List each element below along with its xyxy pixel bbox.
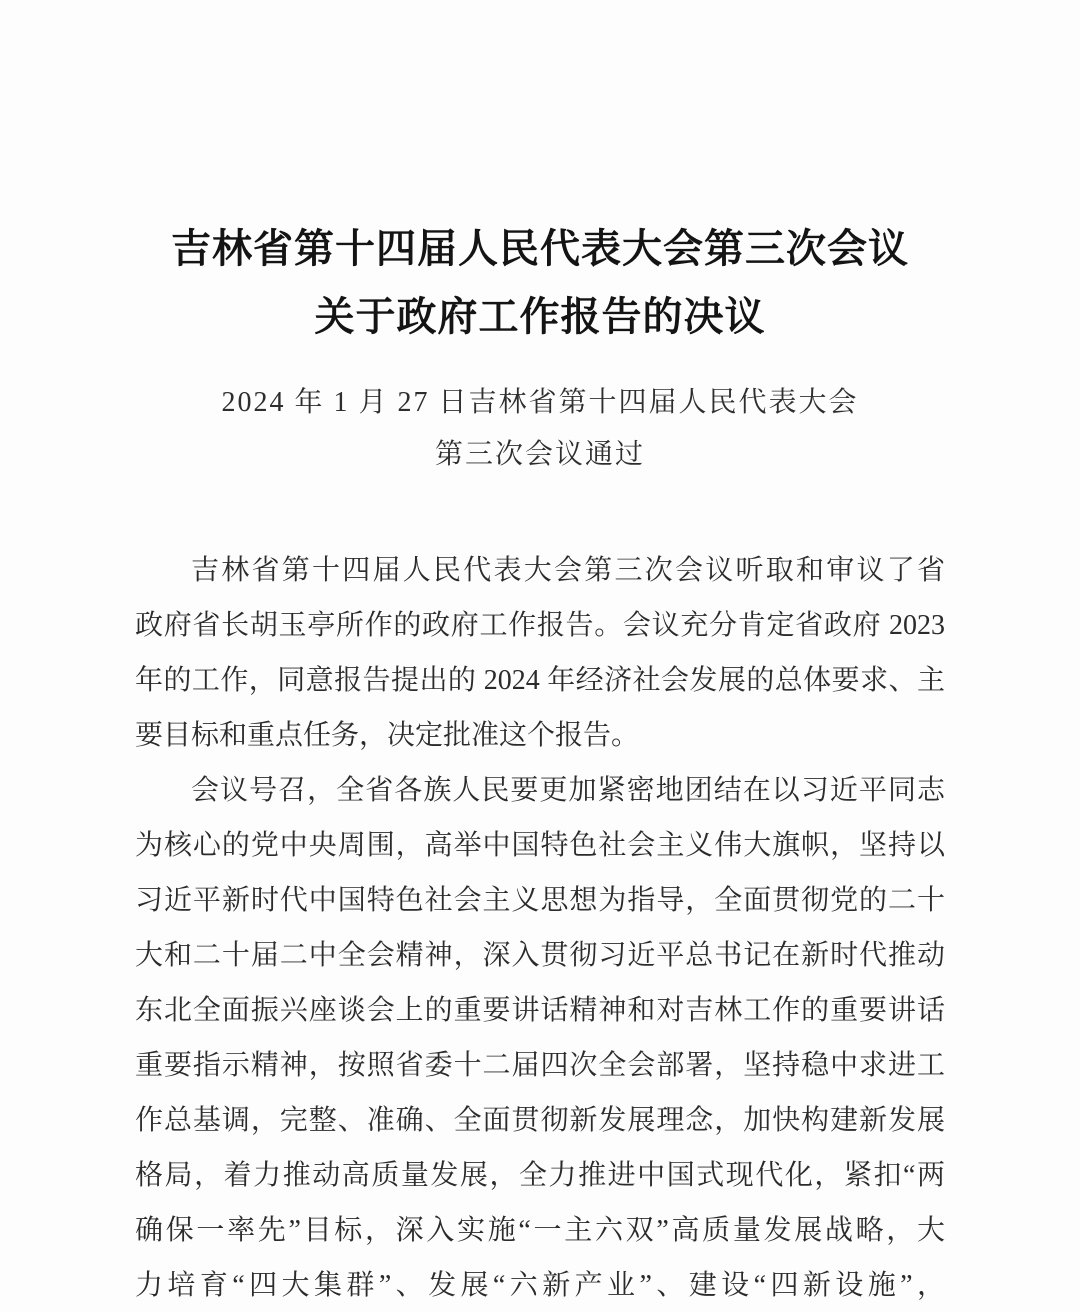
body-text-line: 格局，着力推动高质量发展，全力推进中国式现代化，紧扣“两 (135, 1148, 945, 1203)
body-text-line: 会议号召，全省各族人民要更加紧密地团结在以习近平同志 (135, 763, 945, 818)
body-text-line: 作总基调，完整、准确、全面贯彻新发展理念，加快构建新发展 (135, 1093, 945, 1148)
document-subtitle: 2024 年 1 月 27 日吉林省第十四届人民代表大会 第三次会议通过 (135, 377, 945, 481)
body-text-line: 重要指示精神，按照省委十二届四次全会部署，坚持稳中求进工 (135, 1038, 945, 1093)
paragraph: 吉林省第十四届人民代表大会第三次会议听取和审议了省政府省长胡玉亭所作的政府工作报… (135, 543, 945, 763)
body-text-line: 年的工作，同意报告提出的 2024 年经济社会发展的总体要求、主 (135, 653, 945, 708)
document-content: 吉林省第十四届人民代表大会第三次会议 关于政府工作报告的决议 2024 年 1 … (135, 0, 945, 1312)
body-text-line: 力培育“四大集群”、发展“六新产业”、建设“四新设施”， (135, 1258, 945, 1312)
body-text-line: 为核心的党中央周围，高举中国特色社会主义伟大旗帜，坚持以 (135, 818, 945, 873)
title-line-2: 关于政府工作报告的决议 (135, 283, 945, 351)
document-page: 吉林省第十四届人民代表大会第三次会议 关于政府工作报告的决议 2024 年 1 … (0, 0, 1080, 1312)
body-text-line: 大和二十届二中全会精神，深入贯彻习近平总书记在新时代推动 (135, 928, 945, 983)
subtitle-line-2: 第三次会议通过 (135, 429, 945, 481)
body-text-line: 政府省长胡玉亭所作的政府工作报告。会议充分肯定省政府 2023 (135, 598, 945, 653)
body-text-line: 确保一率先”目标，深入实施“一主六双”高质量发展战略，大 (135, 1203, 945, 1258)
title-line-1: 吉林省第十四届人民代表大会第三次会议 (135, 215, 945, 283)
subtitle-line-1: 2024 年 1 月 27 日吉林省第十四届人民代表大会 (135, 377, 945, 429)
body-text-line: 要目标和重点任务，决定批准这个报告。 (135, 708, 945, 763)
body-text-line: 习近平新时代中国特色社会主义思想为指导，全面贯彻党的二十 (135, 873, 945, 928)
body-text-line: 东北全面振兴座谈会上的重要讲话精神和对吉林工作的重要讲话 (135, 983, 945, 1038)
document-body: 吉林省第十四届人民代表大会第三次会议听取和审议了省政府省长胡玉亭所作的政府工作报… (135, 543, 945, 1312)
paragraph: 会议号召，全省各族人民要更加紧密地团结在以习近平同志为核心的党中央周围，高举中国… (135, 763, 945, 1312)
document-title: 吉林省第十四届人民代表大会第三次会议 关于政府工作报告的决议 (135, 215, 945, 351)
body-text-line: 吉林省第十四届人民代表大会第三次会议听取和审议了省 (135, 543, 945, 598)
